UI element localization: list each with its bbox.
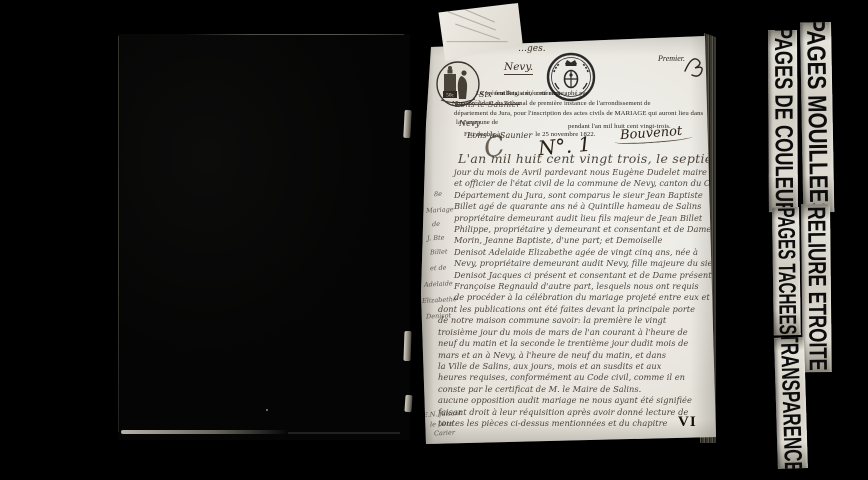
manuscript-line: faisant droit à leur réquisition après a… (438, 407, 712, 418)
manuscript-line: neuf du matin et la seconde le trentième… (438, 338, 712, 349)
manuscript-line: troisième jour du mois de mars de l'an c… (438, 327, 712, 338)
margin-note: Mariage (426, 205, 454, 214)
archive-flag-transparence: TRANSPARENCE (774, 337, 808, 469)
archive-flag-reliure-etroite: RELIURE ETROITE (801, 204, 832, 372)
margin-note: 8e (434, 190, 442, 198)
paraph-flourish-icon (682, 49, 706, 77)
manuscript-line: Nevy, propriétaire demeurant audit Nevy,… (454, 258, 712, 269)
margin-note: le père (430, 419, 453, 428)
manuscript-line: et officier de l'état civil de la commun… (454, 178, 712, 189)
page-edge-highlight (121, 430, 289, 434)
archive-flag-pages-mouillees: PAGES MOUILLEES (800, 22, 834, 213)
binding-stitch (403, 110, 411, 138)
manuscript-line: Philippe, propriétaire y demeurant et co… (454, 224, 712, 235)
binding-stitch (403, 331, 411, 361)
premier-annotation: Premier. (658, 54, 685, 63)
register-page: …ges. Nevy. Premier. 50c (418, 34, 716, 446)
archive-flag-label: PAGES MOUILLEES (800, 22, 834, 213)
printed-line-1: Le présent Registre, contenantSixfeuille… (476, 90, 495, 99)
left-book-page (118, 34, 410, 440)
margin-note: Carier (434, 428, 455, 437)
manuscript-line: L'an mil huit cent vingt trois, le septi… (454, 150, 712, 167)
manuscript-line: propriétaire demeurant audit lieu fils m… (454, 213, 712, 224)
printed-text: feuillets, a été coté et paraphé par (495, 90, 588, 97)
manuscript-line: toutes les pièces ci-dessus mentionnées … (438, 418, 712, 429)
printed-text: la commune de (456, 119, 498, 126)
margin-note: Denisot (426, 311, 452, 320)
manuscript-line: aucune opposition audit mariage ne nous … (438, 395, 712, 406)
margin-note: J. Bte (427, 234, 445, 243)
manuscript-line: la Ville de Salins, aux jours, mois et a… (438, 361, 712, 372)
manuscript-line: dont les publications ont été faites dev… (438, 304, 712, 315)
manuscript-line: heures requises, conformément au Code ci… (438, 372, 712, 383)
manuscript-line: mars et an à Nevy, à l'heure de neuf du … (438, 350, 712, 361)
manuscript-line: de notre maison commune savoir: la premi… (438, 315, 712, 326)
archive-flag-label: PAGES DE COULEUR (768, 30, 798, 212)
archive-flag-label: PAGES TACHEES (772, 207, 801, 335)
judge-signature: Bouvenot (620, 124, 683, 143)
manuscript-line: conste par le certificat de M. le Maire … (438, 384, 712, 395)
commune-annotation: Nevy. (504, 61, 533, 75)
manuscript-line: jour du mois de Avril pardevant nous Eug… (454, 167, 712, 178)
manuscript-line: Département du Jura, sont comparus le si… (454, 190, 712, 201)
printed-line-4: la commune deNevy (456, 119, 483, 128)
dust-speck (266, 409, 268, 411)
margin-note: et de (430, 264, 447, 273)
margin-note: Adelaide (424, 279, 453, 288)
archive-flag-pages-de-couleur: PAGES DE COULEUR (768, 30, 798, 212)
page-edge-highlight-faint (288, 432, 400, 434)
manuscript-line: Billet agé de quarante ans né à Quintill… (454, 201, 712, 212)
printed-line-2: Nous président du Tribunal de première i… (452, 100, 523, 109)
archive-flag-label: TRANSPARENCE (774, 337, 807, 469)
printed-line-3: département du Jura, pour l'inscription … (454, 110, 703, 117)
fiscal-stamp-value: 50c (446, 93, 454, 99)
binding-stitch (404, 395, 412, 412)
manuscript-line: de procéder à la célébration du mariage … (454, 292, 712, 303)
manuscript-line: Françoise Regnauld d'autre part, lesquel… (454, 281, 712, 292)
folio-number: VI (678, 414, 697, 431)
manuscript-line: Morin, Jeanne Baptiste, d'une part; et D… (454, 235, 712, 246)
archive-flag-pages-tachees: PAGES TACHEES (772, 207, 801, 335)
manuscript-line: Denisot Adelaide Elizabethe agée de ving… (454, 247, 712, 258)
archive-flag-label: RELIURE ETROITE (801, 206, 832, 371)
handwritten-insert-arrondissement: Lons-le-Saunier (452, 100, 523, 109)
marriage-act-body: L'an mil huit cent vingt trois, le septi… (454, 150, 712, 429)
margin-note: Billet (430, 248, 448, 257)
handwriting-fragment: …ges. (518, 44, 546, 54)
margin-note: de (432, 220, 440, 228)
manuscript-line: Denisot Jacques ci présent et consentant… (454, 270, 712, 281)
digitized-register-scan: …ges. Nevy. Premier. 50c (0, 0, 868, 480)
